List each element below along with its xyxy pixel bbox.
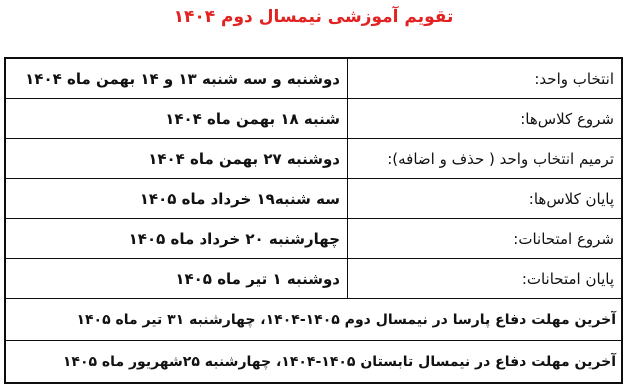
table-row: آخرین مهلت دفاع در نیمسال تابستان ۱۴۰۵-۱…	[5, 341, 622, 384]
table-row: شروع امتحانات: چهارشنبه ۲۰ خرداد ماه ۱۴۰…	[5, 219, 622, 259]
row-value-exams-start: چهارشنبه ۲۰ خرداد ماه ۱۴۰۵	[5, 219, 348, 259]
row-label-exams-start: شروع امتحانات:	[348, 219, 623, 259]
footnote-parsa-defense-deadline: آخرین مهلت دفاع پارسا در نیمسال دوم ۱۴۰۵…	[5, 299, 622, 341]
table-row: پایان کلاس‌ها: سه شنبه۱۹ خرداد ماه ۱۴۰۵	[5, 179, 622, 219]
row-value-course-selection: دوشنبه و سه شنبه ۱۳ و ۱۴ بهمن ماه ۱۴۰۴	[5, 58, 348, 99]
row-value-add-drop: دوشنبه ۲۷ بهمن ماه ۱۴۰۴	[5, 139, 348, 179]
table-row: پایان امتحانات: دوشنبه ۱ تیر ماه ۱۴۰۵	[5, 259, 622, 299]
row-label-classes-start: شروع کلاس‌ها:	[348, 99, 623, 139]
row-value-classes-end: سه شنبه۱۹ خرداد ماه ۱۴۰۵	[5, 179, 348, 219]
page-title: تقویم آموزشی نیمسال دوم ۱۴۰۴	[0, 7, 627, 27]
row-label-course-selection: انتخاب واحد:	[348, 58, 623, 99]
calendar-page: تقویم آموزشی نیمسال دوم ۱۴۰۴ انتخاب واحد…	[0, 0, 627, 384]
row-value-exams-end: دوشنبه ۱ تیر ماه ۱۴۰۵	[5, 259, 348, 299]
row-label-exams-end: پایان امتحانات:	[348, 259, 623, 299]
table-row: ترمیم انتخاب واحد ( حذف و اضافه): دوشنبه…	[5, 139, 622, 179]
table-row: آخرین مهلت دفاع پارسا در نیمسال دوم ۱۴۰۵…	[5, 299, 622, 341]
row-label-add-drop: ترمیم انتخاب واحد ( حذف و اضافه):	[348, 139, 623, 179]
table-row: انتخاب واحد: دوشنبه و سه شنبه ۱۳ و ۱۴ به…	[5, 58, 622, 99]
row-value-classes-start: شنبه ۱۸ بهمن ماه ۱۴۰۴	[5, 99, 348, 139]
footnote-summer-defense-deadline: آخرین مهلت دفاع در نیمسال تابستان ۱۴۰۵-۱…	[5, 341, 622, 384]
row-label-classes-end: پایان کلاس‌ها:	[348, 179, 623, 219]
calendar-table: انتخاب واحد: دوشنبه و سه شنبه ۱۳ و ۱۴ به…	[4, 57, 623, 384]
table-row: شروع کلاس‌ها: شنبه ۱۸ بهمن ماه ۱۴۰۴	[5, 99, 622, 139]
